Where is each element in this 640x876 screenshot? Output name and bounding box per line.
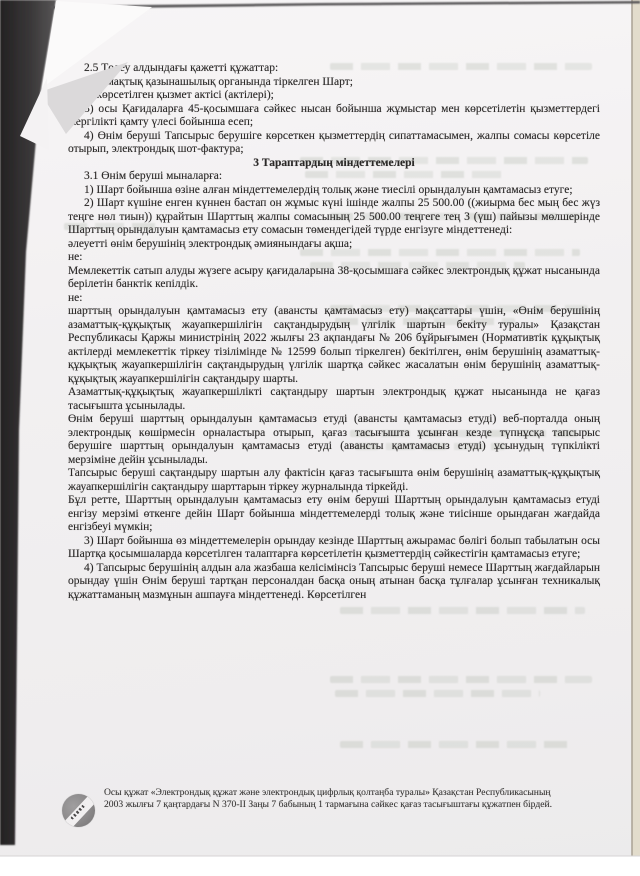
clause-item-1: 1) аумақтық қазынашылық органында тіркел… xyxy=(68,76,600,90)
esignature-footnote-text: Осы құжат «Электрондық құжат және электр… xyxy=(104,787,559,810)
non-deposit-note: Бұл ретте, Шарттың орындалуын қамтамасыз… xyxy=(68,494,600,535)
web-portal-note: Өнім беруші шарттың орындалуын қамтамасы… xyxy=(68,413,600,467)
obligation-item-1: 1) Шарт бойынша өзіне алған міндеттемеле… xyxy=(68,184,600,198)
section-heading: 3 Тараптардың міндеттемелері xyxy=(68,157,600,171)
clause-item-2: 2) көрсетілген қызмет актісі (актілері); xyxy=(68,89,600,103)
bleed-line xyxy=(340,741,570,748)
clause-payment-docs: 2.5 Төлеу алдындағы қажетті құжаттар: xyxy=(68,62,600,76)
bleed-line xyxy=(330,676,592,683)
document-body: 2.5 Төлеу алдындағы қажетті құжаттар: 1)… xyxy=(68,62,600,602)
security-option-wallet: әлеуетті өнім берушінің электрондық әмия… xyxy=(68,238,600,252)
clause-3-1: 3.1 Өнім беруші мыналарға: xyxy=(68,170,600,184)
insurance-form-note: Азаматтық-құқықтық жауапкершілікті сақта… xyxy=(68,386,600,413)
obligation-item-2: 2) Шарт күшіне енген күннен бастап он жұ… xyxy=(68,197,600,238)
security-option-insurance: шарттың орындалуын қамтамасыз ету (аванс… xyxy=(68,305,600,386)
obligation-item-3: 3) Шарт бойынша өз міндеттемелерін орынд… xyxy=(68,535,600,562)
registration-journal-note: Тапсырыс беруші сақтандыру шартын алу фа… xyxy=(68,467,600,494)
scanned-contract-page: 2.5 Төлеу алдындағы қажетті құжаттар: 1)… xyxy=(0,0,640,876)
security-option-bank-guarantee: Мемлекеттік сатып алуды жүзеге асыру қағ… xyxy=(68,265,600,292)
clause-item-4: 4) Өнім беруші Тапсырыс берушіге көрсетк… xyxy=(68,130,600,157)
clause-item-3: 3) осы Қағидаларға 45-қосымшаға сәйкес н… xyxy=(68,103,600,130)
or-label: не: xyxy=(68,292,600,306)
obligation-item-4: 4) Тапсырыс берушінің алдын ала жазбаша … xyxy=(68,562,600,603)
esignature-footnote: Осы құжат «Электрондық құжат және электр… xyxy=(104,787,559,810)
or-label: не: xyxy=(68,251,600,265)
bleed-line xyxy=(335,690,540,697)
bleed-line xyxy=(340,607,585,614)
